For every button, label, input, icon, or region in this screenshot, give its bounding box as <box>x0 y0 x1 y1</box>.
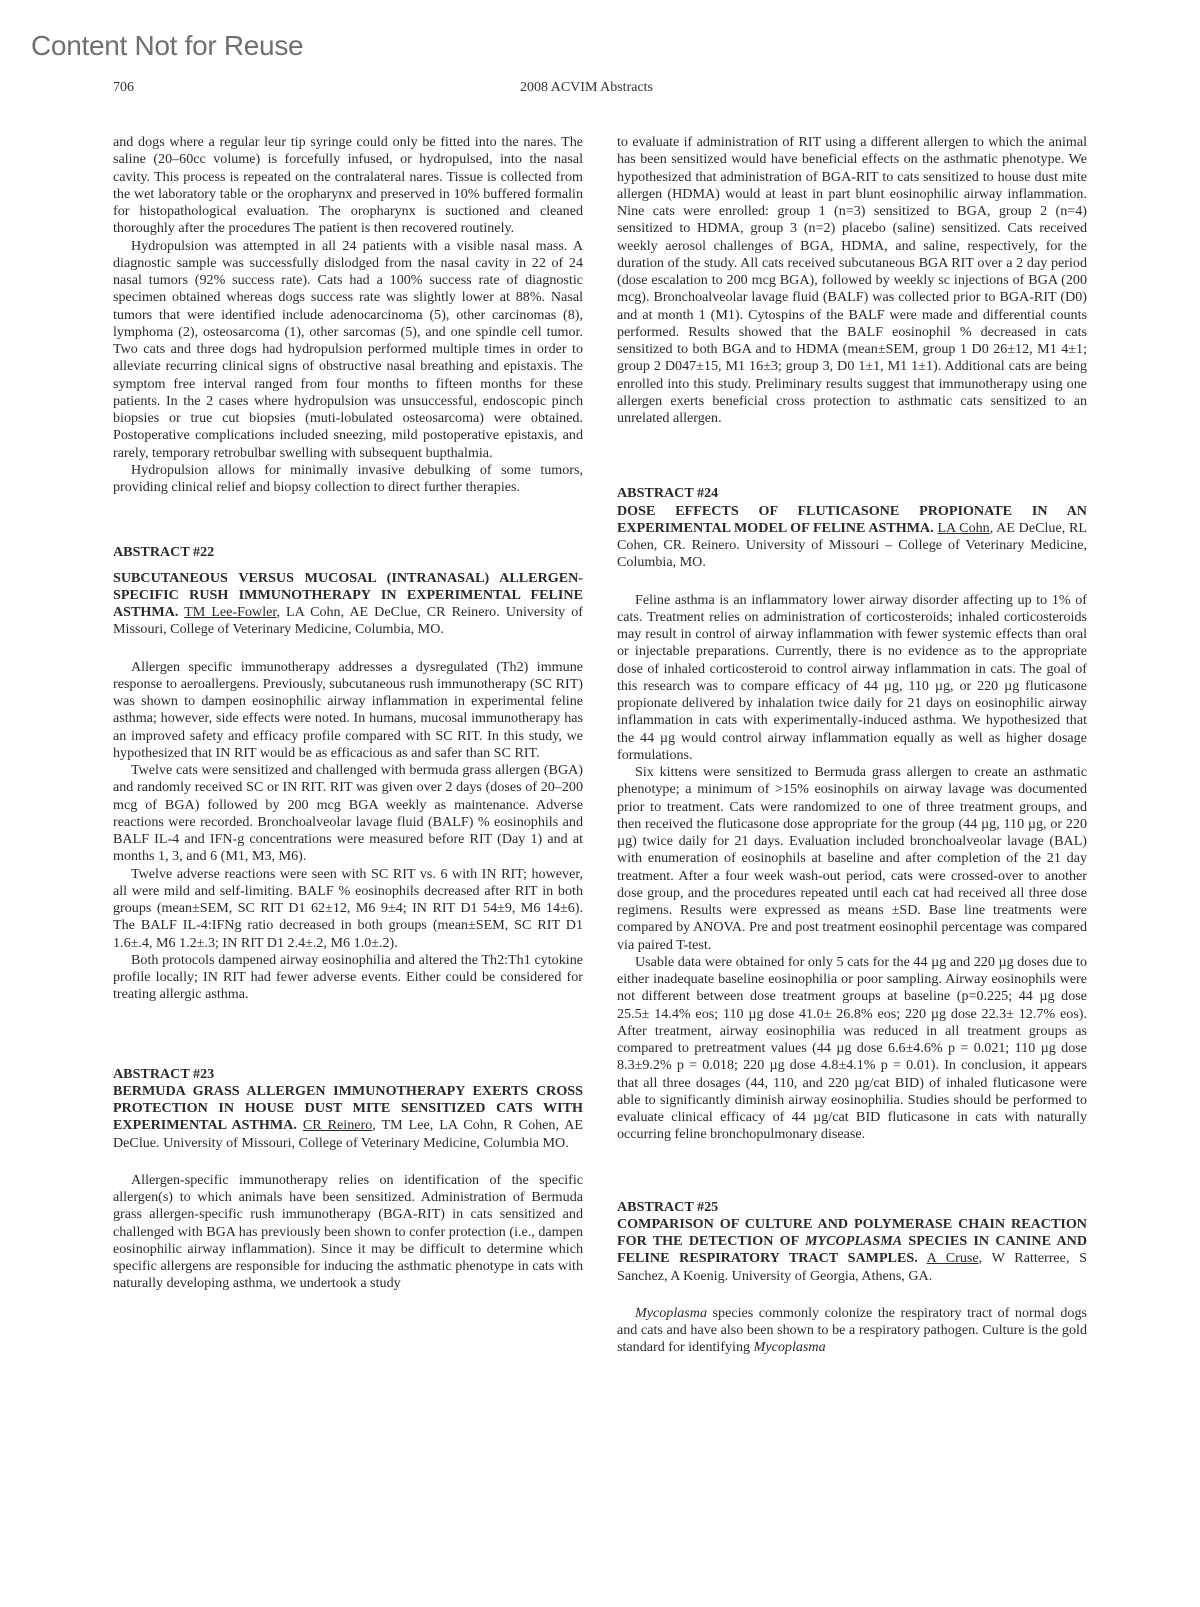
body-paragraph: Usable data were obtained for only 5 cat… <box>617 954 1087 1144</box>
abstract-23: ABSTRACT #23 BERMUDA GRASS ALLERGEN IMMU… <box>113 1066 583 1293</box>
genus-italic: Mycoplasma <box>754 1339 826 1355</box>
abstract-22: ABSTRACT #22 SUBCUTANEOUS VERSUS MUCOSAL… <box>113 544 583 1003</box>
abstract-23-continued: to evaluate if administration of RIT usi… <box>617 134 1087 427</box>
abstract-number: ABSTRACT #22 <box>113 544 583 561</box>
abstract-25: ABSTRACT #25 COMPARISON OF CULTURE AND P… <box>617 1199 1087 1357</box>
abstract-heading: SUBCUTANEOUS VERSUS MUCOSAL (INTRANASAL)… <box>113 570 583 639</box>
body-paragraph: and dogs where a regular leur tip syring… <box>113 134 583 238</box>
body-paragraph: Hydropulsion was attempted in all 24 pat… <box>113 238 583 462</box>
body-paragraph: Allergen specific immunotherapy addresse… <box>113 659 583 763</box>
running-head: 2008 ACVIM Abstracts <box>520 80 653 96</box>
watermark: Content Not for Reuse <box>31 30 303 62</box>
body-paragraph: Mycoplasma species commonly colonize the… <box>617 1305 1087 1357</box>
presenting-author: CR Reinero <box>303 1117 372 1133</box>
left-column: and dogs where a regular leur tip syring… <box>113 134 583 1293</box>
abstract-number: ABSTRACT #25 <box>617 1199 1087 1216</box>
body-paragraph: to evaluate if administration of RIT usi… <box>617 134 1087 427</box>
title-italic-genus: MYCOPLASMA <box>805 1233 902 1249</box>
continuation-abstract-21: and dogs where a regular leur tip syring… <box>113 134 583 496</box>
abstract-number: ABSTRACT #24 <box>617 485 1087 502</box>
abstract-heading: COMPARISON OF CULTURE AND POLYMERASE CHA… <box>617 1216 1087 1285</box>
body-paragraph: Allergen-specific immunotherapy relies o… <box>113 1172 583 1293</box>
right-column: to evaluate if administration of RIT usi… <box>617 134 1087 1357</box>
abstract-heading: BERMUDA GRASS ALLERGEN IMMUNOTHERAPY EXE… <box>113 1083 583 1152</box>
abstract-number: ABSTRACT #23 <box>113 1066 583 1083</box>
body-paragraph: Twelve cats were sensitized and challeng… <box>113 762 583 866</box>
presenting-author: LA Cohn <box>937 520 989 536</box>
body-paragraph: Six kittens were sensitized to Bermuda g… <box>617 764 1087 954</box>
page-number: 706 <box>113 80 134 96</box>
body-paragraph: Twelve adverse reactions were seen with … <box>113 866 583 952</box>
genus-italic: Mycoplasma <box>635 1305 707 1321</box>
body-paragraph: Feline asthma is an inflammatory lower a… <box>617 592 1087 765</box>
abstract-24: ABSTRACT #24 DOSE EFFECTS OF FLUTICASONE… <box>617 485 1087 1143</box>
presenting-author: TM Lee-Fowler <box>184 604 276 620</box>
abstract-heading: DOSE EFFECTS OF FLUTICASONE PROPIONATE I… <box>617 503 1087 572</box>
presenting-author: A Cruse <box>927 1250 979 1266</box>
body-paragraph: Hydropulsion allows for minimally invasi… <box>113 462 583 497</box>
body-paragraph: Both protocols dampened airway eosinophi… <box>113 952 583 1004</box>
